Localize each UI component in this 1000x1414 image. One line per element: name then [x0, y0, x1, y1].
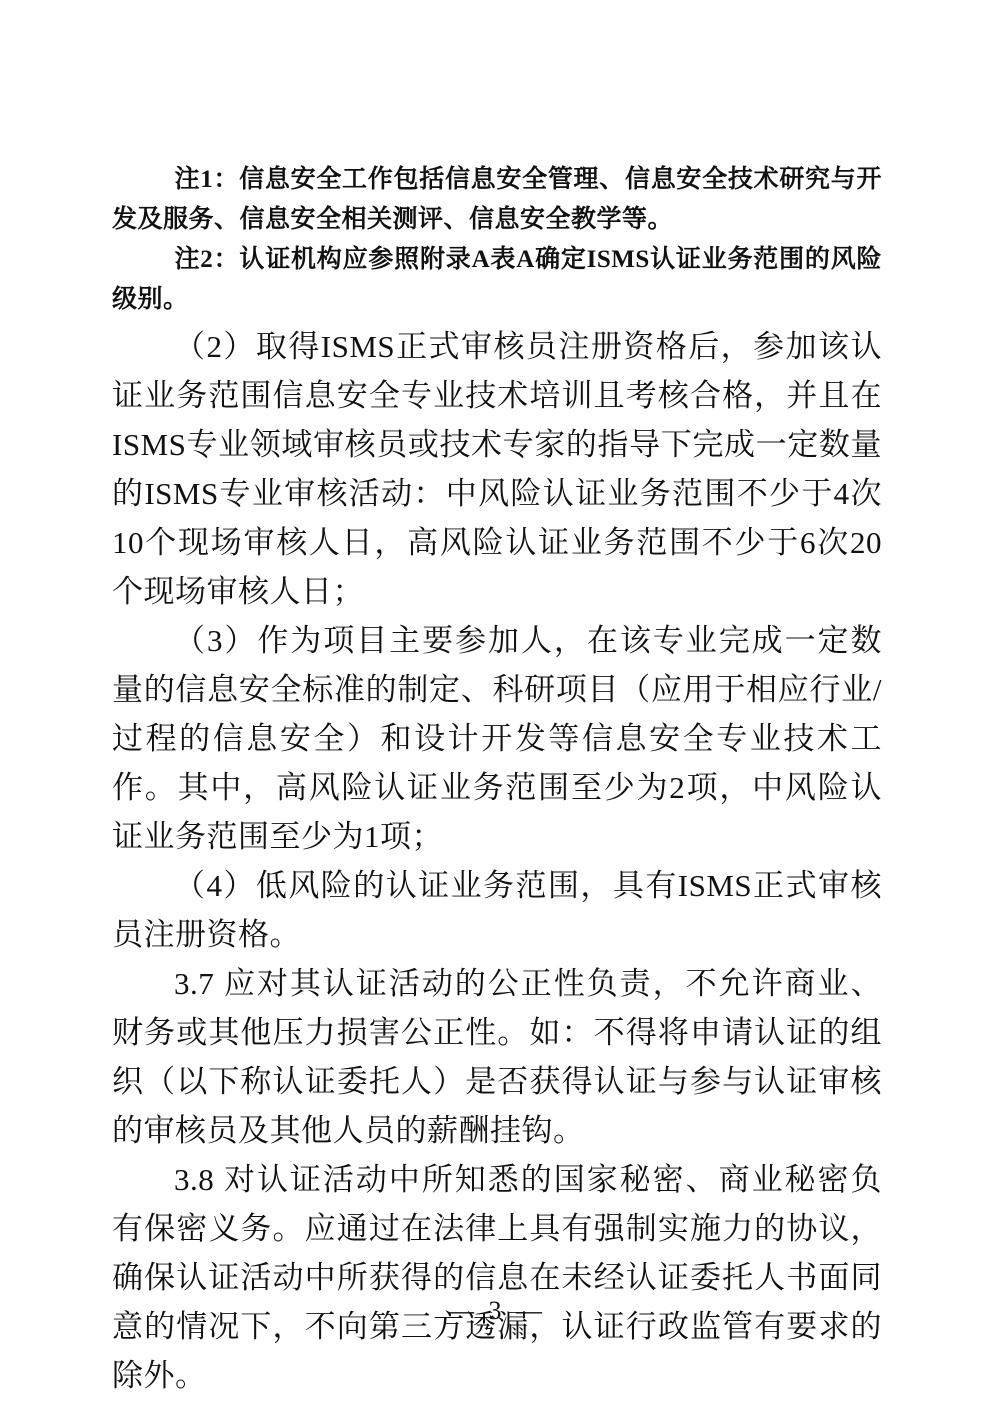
document-page: 注1：信息安全工作包括信息安全管理、信息安全技术研究与开发及服务、信息安全相关测… — [0, 0, 1000, 1414]
page-number: — 3 — — [112, 1296, 882, 1326]
note-1: 注1：信息安全工作包括信息安全管理、信息安全技术研究与开发及服务、信息安全相关测… — [112, 160, 882, 240]
para-section-3-7: 3.7 应对其认证活动的公正性负责，不允许商业、财务或其他压力损害公正性。如：不… — [112, 959, 882, 1155]
para-item-2: （2）取得ISMS正式审核员注册资格后，参加该认证业务范围信息安全专业技术培训且… — [112, 322, 882, 616]
document-body: 注1：信息安全工作包括信息安全管理、信息安全技术研究与开发及服务、信息安全相关测… — [112, 160, 882, 1400]
para-section-3-8: 3.8 对认证活动中所知悉的国家秘密、商业秘密负有保密义务。应通过在法律上具有强… — [112, 1155, 882, 1400]
para-item-4: （4）低风险的认证业务范围，具有ISMS正式审核员注册资格。 — [112, 861, 882, 959]
note-2: 注2：认证机构应参照附录A表A确定ISMS认证业务范围的风险级别。 — [112, 240, 882, 320]
para-item-3: （3）作为项目主要参加人，在该专业完成一定数量的信息安全标准的制定、科研项目（应… — [112, 616, 882, 861]
